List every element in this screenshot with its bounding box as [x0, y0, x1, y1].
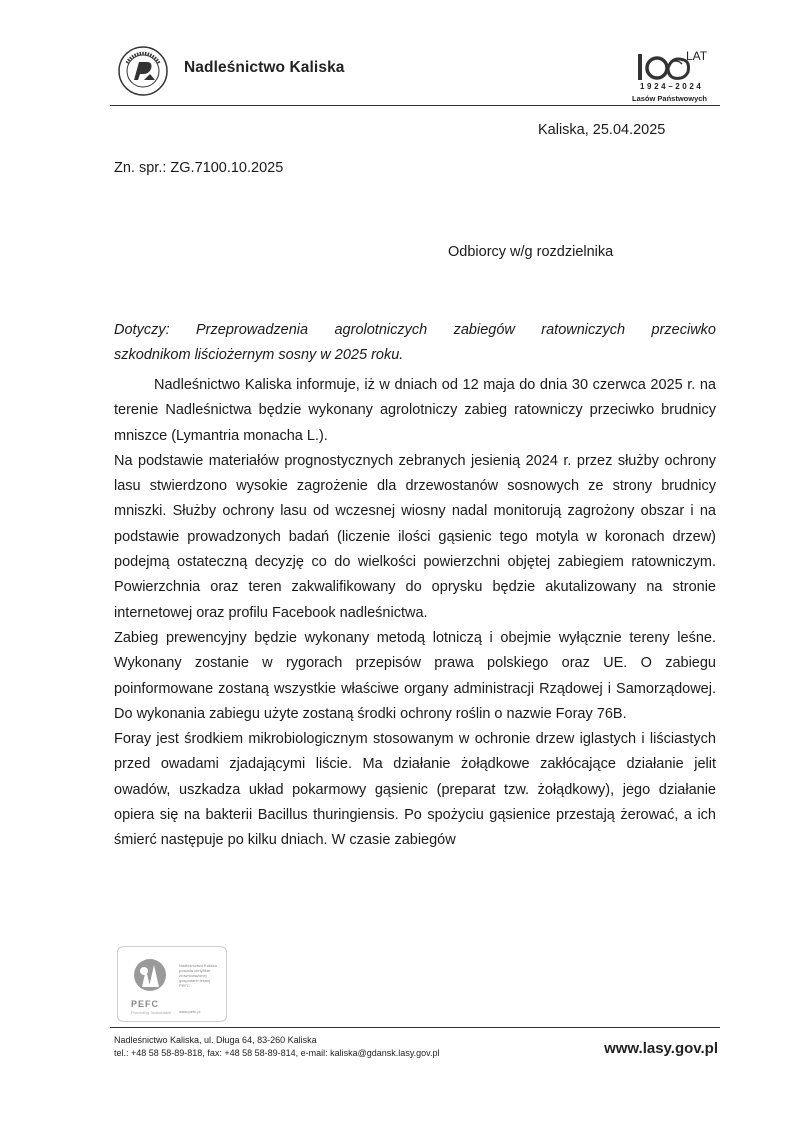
- lasy-panstwowe-logo-icon: [117, 45, 169, 97]
- pefc-subtitle: Promoting Sustainable: [131, 1010, 171, 1015]
- subject-word: agrolotniczych: [334, 318, 427, 343]
- organization-name: Nadleśnictwo Kaliska: [184, 59, 345, 77]
- subject-word: ratowniczych: [541, 318, 625, 343]
- footer-website-link[interactable]: www.lasy.gov.pl: [604, 1040, 718, 1057]
- paragraph-forecast: Na podstawie materiałów prognostycznych …: [114, 449, 716, 626]
- subject-line-2: szkodnikom liściożernym sosny w 2025 rok…: [114, 343, 716, 368]
- anniversary-logo: LAT 1924–2024 Lasów Państwowych: [610, 48, 720, 110]
- letterhead: Nadleśnictwo Kaliska LAT 1924–2024 Lasów…: [110, 40, 720, 110]
- paragraph-announcement: Nadleśnictwo Kaliska informuje, iż w dni…: [114, 373, 716, 449]
- letter-subject: Dotyczy: Przeprowadzenia agrolotniczych …: [114, 318, 716, 368]
- pefc-url: www.pefc.pl: [179, 1009, 200, 1014]
- subject-line-1: Dotyczy: Przeprowadzenia agrolotniczych …: [114, 318, 716, 343]
- anniversary-org: Lasów Państwowych: [632, 94, 707, 103]
- subject-label: Dotyczy:: [114, 318, 170, 343]
- anniversary-years: 1924–2024: [640, 82, 703, 91]
- recipient: Odbiorcy w/g rozdzielnika: [448, 244, 613, 260]
- pefc-trees-logo-icon: [132, 957, 168, 997]
- footer-address: Nadleśnictwo Kaliska, ul. Długa 64, 83-2…: [114, 1034, 440, 1060]
- letter-body: Nadleśnictwo Kaliska informuje, iż w dni…: [114, 373, 716, 854]
- footer-address-line: Nadleśnictwo Kaliska, ul. Długa 64, 83-2…: [114, 1034, 440, 1047]
- paragraph-procedure: Zabieg prewencyjny będzie wykonany metod…: [114, 626, 716, 727]
- subject-word: zabiegów: [454, 318, 515, 343]
- letter-date: Kaliska, 25.04.2025: [538, 122, 665, 138]
- footer-divider: [110, 1027, 720, 1028]
- subject-word: przeciwko: [652, 318, 716, 343]
- subject-word: Przeprowadzenia: [196, 318, 308, 343]
- pefc-label: PEFC: [131, 999, 159, 1009]
- pefc-certificate-badge: PEFC Promoting Sustainable Nadleśnictwo …: [117, 946, 227, 1022]
- pefc-description: Nadleśnictwo Kaliska posiada certyfikat …: [179, 963, 221, 988]
- reference-number: Zn. spr.: ZG.7100.10.2025: [114, 160, 283, 176]
- footer-contact-line: tel.: +48 58 58-89-818, fax: +48 58 58-8…: [114, 1047, 440, 1060]
- svg-text:LAT: LAT: [686, 49, 708, 63]
- header-divider: [110, 105, 720, 106]
- paragraph-foray: Foray jest środkiem mikrobiologicznym st…: [114, 727, 716, 853]
